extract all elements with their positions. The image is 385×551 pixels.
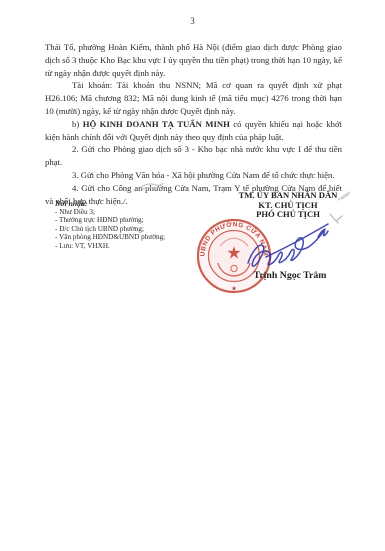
handwritten-signature: [238, 211, 332, 277]
signature-ink-icon: [238, 211, 332, 277]
scan-artifact-mark: [138, 181, 164, 191]
seal-bottom-star-icon: ★: [231, 285, 237, 293]
paragraph-continuation: Thái Tổ, phường Hoàn Kiếm, thành phố Hà …: [45, 41, 342, 79]
paragraph-appeal-rights: b) HỘ KINH DOANH TẠ TUẤN MINH có quyền k…: [45, 118, 342, 144]
scan-artifact-mark: [336, 190, 352, 202]
paragraph-account-info: Tài khoản: Tài khoản thu NSNN; Mã cơ qua…: [45, 79, 342, 117]
signer-name: Trịnh Ngọc Trâm: [210, 270, 370, 281]
document-page: 3 Thái Tổ, phường Hoàn Kiếm, thành phố H…: [0, 0, 385, 551]
business-household-name: HỘ KINH DOANH TẠ TUẤN MINH: [83, 119, 230, 129]
scan-artifact-mark: [327, 211, 345, 225]
page-number: 3: [0, 16, 385, 26]
paragraph-item-2: 2. Gửi cho Phòng giao dịch số 3 - Kho bạ…: [45, 143, 342, 169]
document-body: Thái Tổ, phường Hoàn Kiếm, thành phố Hà …: [45, 41, 342, 207]
recipients-label: Nơi nhận:: [55, 199, 220, 208]
appeal-prefix: b): [72, 119, 83, 129]
paragraph-item-3: 3. Gửi cho Phòng Văn hóa - Xã hội phường…: [45, 169, 342, 182]
